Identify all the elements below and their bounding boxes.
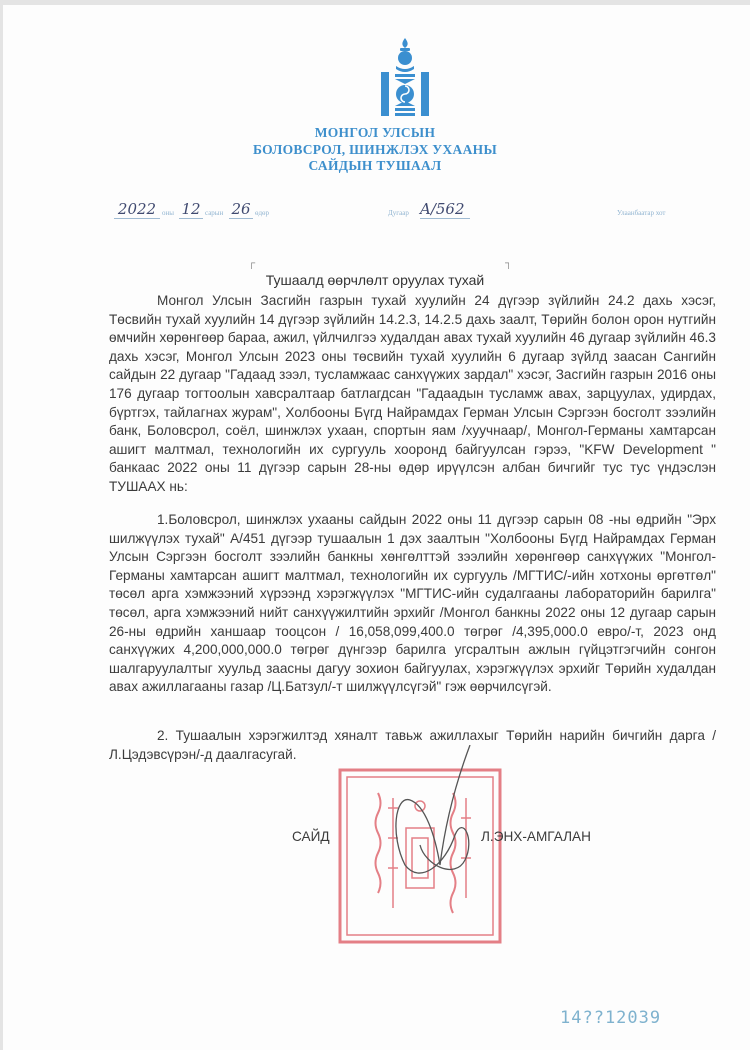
month-label: сарын	[205, 209, 223, 217]
day-label: өдөр	[255, 209, 269, 217]
date-year: 2022	[114, 200, 160, 219]
date-month: 12	[179, 200, 203, 219]
bracket-right-mark: ┐	[505, 258, 512, 269]
state-emblem-icon	[379, 38, 431, 118]
header-line-1: МОНГОЛ УЛСЫН	[0, 125, 750, 142]
signatory-name: Л.ЭНХ-АМГАЛАН	[481, 829, 591, 844]
document-header-title: МОНГОЛ УЛСЫН БОЛОВСРОЛ, ШИНЖЛЭХ УХААНЫ С…	[0, 125, 750, 175]
signatory-role: САЙД	[292, 829, 330, 844]
bracket-left-mark: ┌	[248, 258, 255, 269]
header-line-2: БОЛОВСРОЛ, ШИНЖЛЭХ УХААНЫ	[0, 142, 750, 159]
date-number-row: 2022 оны 12 сарын 26 өдөр Дугаар A/562 У…	[0, 200, 750, 222]
order-item-1: 1.Боловсрол, шинжлэх ухааны сайдын 2022 …	[109, 511, 716, 697]
document-subject: Тушаалд өөрчлөлт оруулах тухай	[0, 272, 750, 288]
date-day: 26	[229, 200, 253, 219]
year-label: оны	[162, 209, 174, 217]
preamble-paragraph: Монгол Улсын Засгийн газрын тухай хуулий…	[109, 292, 716, 497]
registration-number-stamp: 14??12039	[560, 1008, 661, 1028]
handwritten-signature	[385, 745, 495, 895]
number-label: Дугаар	[388, 209, 409, 217]
order-item-1-text: 1.Боловсрол, шинжлэх ухааны сайдын 2022 …	[109, 511, 716, 697]
order-number: A/562	[420, 200, 470, 219]
header-line-3: САЙДЫН ТУШААЛ	[0, 158, 750, 175]
preamble-text: Монгол Улсын Засгийн газрын тухай хуулий…	[109, 292, 716, 497]
city-label: Улаанбаатар хот	[617, 209, 665, 217]
